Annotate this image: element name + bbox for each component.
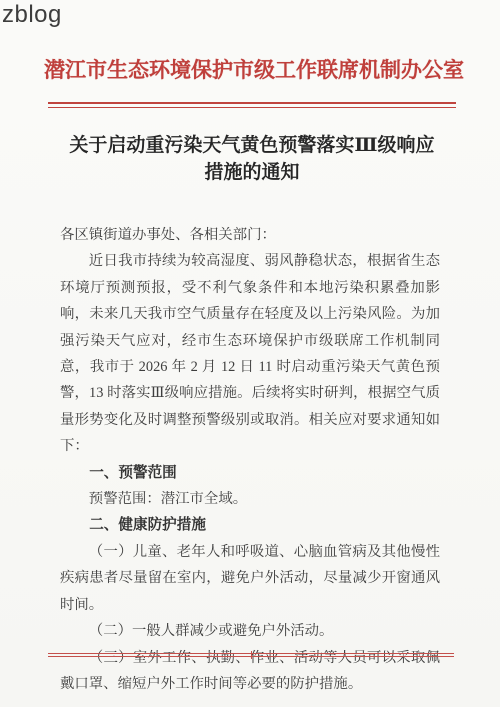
document-title-line2: 措施的通知	[40, 159, 464, 186]
salutation: 各区镇街道办事处、各相关部门：	[60, 222, 440, 248]
document-title: 关于启动重污染天气黄色预警落实Ⅲ级响应 措施的通知	[40, 132, 464, 186]
paragraph-intro: 近日我市持续为较高湿度、弱风静稳状态，根据省生态环境厅预测预报，受不利气象条件和…	[60, 248, 440, 459]
zblog-watermark: zblog	[2, 1, 62, 29]
document-title-line1: 关于启动重污染天气黄色预警落实Ⅲ级响应	[40, 132, 464, 159]
section2-item2: （二）一般人群减少或避免户外活动。	[60, 618, 440, 644]
document-body: 各区镇街道办事处、各相关部门： 近日我市持续为较高湿度、弱风静稳状态，根据省生态…	[60, 222, 440, 697]
section2-heading: 二、健康防护措施	[60, 512, 440, 538]
footer-rule-center-tick	[251, 651, 252, 659]
document-page: zblog 潜江市生态环境保护市级工作联席机制办公室 关于启动重污染天气黄色预警…	[0, 0, 500, 707]
section1-body: 预警范围：潜江市全域。	[60, 486, 440, 512]
header-double-rule	[48, 102, 456, 108]
footer-double-rule	[48, 653, 454, 657]
document-org-header: 潜江市生态环境保护市级工作联席机制办公室	[44, 54, 460, 84]
section2-item1: （一）儿童、老年人和呼吸道、心脑血管病及其他慢性疾病患者尽量留在室内，避免户外活…	[60, 539, 440, 618]
section1-heading: 一、预警范围	[60, 460, 440, 486]
